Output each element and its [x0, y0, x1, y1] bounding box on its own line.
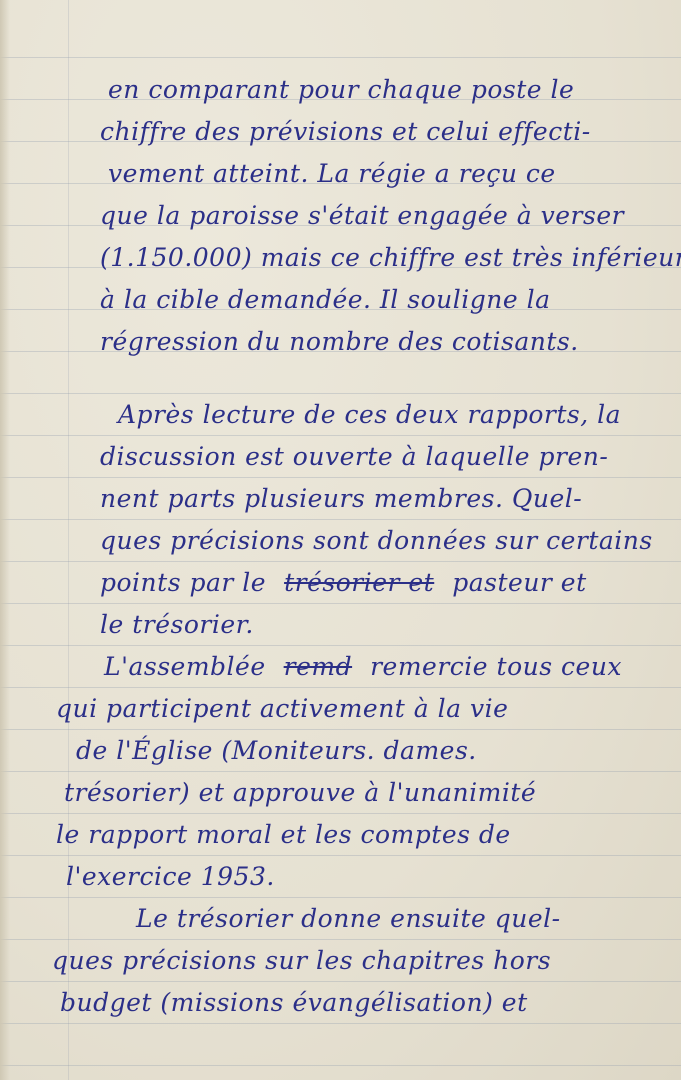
line-text: budget (missions évangélisation) et	[60, 988, 528, 1017]
line-text: en comparant pour chaque poste le	[108, 75, 574, 104]
line-text: discussion est ouverte à laquelle pren-	[100, 442, 608, 471]
handwritten-line: vement atteint. La régie a reçu ce	[0, 159, 681, 201]
handwritten-line: trésorier) et approuve à l'unanimité	[0, 778, 681, 820]
struck-out-word: trésorier et	[284, 568, 434, 597]
handwritten-line: L'assembléeremdremercie tous ceux	[0, 652, 681, 694]
handwritten-line: à la cible demandée. Il souligne la	[0, 285, 681, 327]
handwritten-line: l'exercice 1953.	[0, 862, 681, 904]
line-text: le rapport moral et les comptes de	[56, 820, 511, 849]
line-text: ques précisions sur les chapitres hors	[52, 946, 551, 975]
handwritten-line: ques précisions sont données sur certain…	[0, 526, 681, 568]
handwritten-line: de l'Église (Moniteurs. dames.	[0, 736, 681, 778]
line-text: ques précisions sont données sur certain…	[100, 526, 653, 555]
line-text: de l'Église (Moniteurs. dames.	[76, 736, 477, 765]
line-text: Après lecture de ces deux rapports, la	[118, 400, 621, 429]
line-text: l'exercice 1953.	[66, 862, 275, 891]
line-text: points par le	[100, 568, 266, 597]
line-text: à la cible demandée. Il souligne la	[100, 285, 550, 314]
handwritten-line: que la paroisse s'était engagée à verser	[0, 201, 681, 243]
handwritten-line: Après lecture de ces deux rapports, la	[0, 400, 681, 442]
notebook-page: en comparant pour chaque poste lechiffre…	[0, 0, 681, 1080]
line-text: Le trésorier donne ensuite quel-	[136, 904, 561, 933]
handwritten-line: chiffre des prévisions et celui effecti-	[0, 117, 681, 159]
line-text: L'assemblée	[104, 652, 266, 681]
line-text: (1.150.000) mais ce chiffre est très inf…	[100, 243, 681, 272]
line-text: le trésorier.	[100, 610, 254, 639]
handwritten-line: Le trésorier donne ensuite quel-	[0, 904, 681, 946]
handwritten-line: discussion est ouverte à laquelle pren-	[0, 442, 681, 484]
line-text: trésorier) et approuve à l'unanimité	[64, 778, 536, 807]
handwritten-line: budget (missions évangélisation) et	[0, 988, 681, 1030]
line-text: régression du nombre des cotisants.	[100, 327, 579, 356]
struck-out-word: remd	[284, 652, 352, 681]
line-text: nent parts plusieurs membres. Quel-	[100, 484, 582, 513]
handwritten-line: régression du nombre des cotisants.	[0, 327, 681, 369]
line-text: que la paroisse s'était engagée à verser	[100, 201, 624, 230]
line-text: qui participent activement à la vie	[56, 694, 508, 723]
handwritten-line: le rapport moral et les comptes de	[0, 820, 681, 862]
line-text: chiffre des prévisions et celui effecti-	[100, 117, 591, 146]
handwritten-line: ques précisions sur les chapitres hors	[0, 946, 681, 988]
handwritten-line: (1.150.000) mais ce chiffre est très inf…	[0, 243, 681, 285]
line-text-continued: remercie tous ceux	[370, 652, 622, 681]
handwritten-line: points par letrésorier etpasteur et	[0, 568, 681, 610]
handwritten-line: qui participent activement à la vie	[0, 694, 681, 736]
handwritten-line: le trésorier.	[0, 610, 681, 652]
line-text-continued: pasteur et	[452, 568, 586, 597]
handwritten-line: nent parts plusieurs membres. Quel-	[0, 484, 681, 526]
line-text: vement atteint. La régie a reçu ce	[108, 159, 556, 188]
handwritten-line: en comparant pour chaque poste le	[0, 75, 681, 117]
